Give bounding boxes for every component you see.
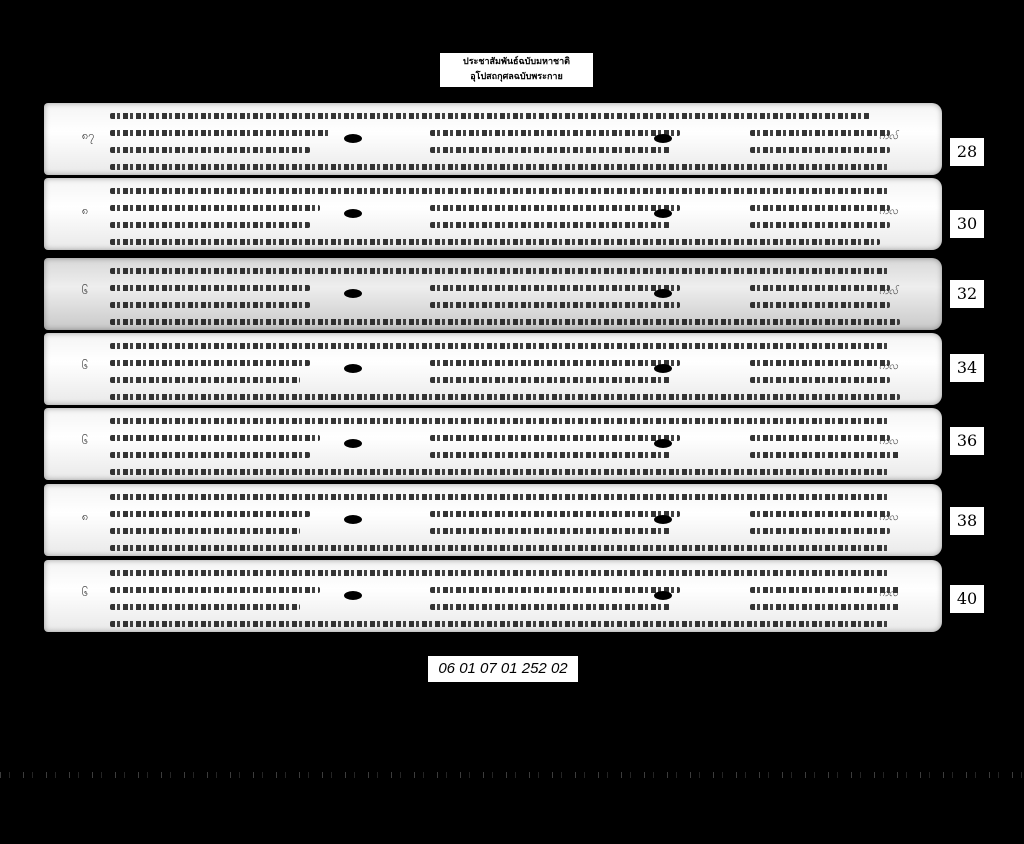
title-line-2: อุโปสถกุศลฉบับพระกาย xyxy=(440,70,593,85)
palm-leaf-1: ၈၇ ကလ် xyxy=(44,103,942,175)
leaf-number-left: ၈ xyxy=(82,510,88,526)
manuscript-title-label: ประชาสัมพันธ์ฉบับมหาชาติ อุโปสถกุศลฉบับพ… xyxy=(440,53,593,87)
string-hole xyxy=(344,591,362,600)
leaf-number-left: ၆ xyxy=(82,586,88,602)
palm-leaf-7: ၆ ကလ xyxy=(44,560,942,632)
page-number-label: 36 xyxy=(950,427,984,455)
string-hole xyxy=(654,439,672,448)
scan-noise-strip xyxy=(0,772,1024,778)
string-hole xyxy=(654,289,672,298)
palm-leaf-6: ၈ ကလ xyxy=(44,484,942,556)
string-hole xyxy=(654,515,672,524)
page-number-label: 32 xyxy=(950,280,984,308)
page-number-label: 28 xyxy=(950,138,984,166)
leaf-number-left: ၈ xyxy=(82,204,88,220)
leaf-text-lines xyxy=(110,489,852,556)
palm-leaf-4: ၆ ကလ xyxy=(44,333,942,405)
reference-code-label: 06 01 07 01 252 02 xyxy=(428,656,578,682)
string-hole xyxy=(344,515,362,524)
string-hole xyxy=(654,364,672,373)
leaf-text-lines xyxy=(110,413,852,480)
string-hole xyxy=(654,134,672,143)
leaf-number-left: ၆ xyxy=(82,359,88,375)
leaf-number-right: ကလ xyxy=(879,204,898,219)
palm-leaf-3: ၆ ကလ် xyxy=(44,258,942,330)
string-hole xyxy=(344,364,362,373)
leaf-text-lines xyxy=(110,183,852,250)
leaf-number-right: ကလ xyxy=(879,434,898,449)
string-hole xyxy=(344,209,362,218)
leaf-number-right: ကလ xyxy=(879,586,898,601)
palm-leaf-2: ၈ ကလ xyxy=(44,178,942,250)
leaf-text-lines xyxy=(110,108,852,175)
string-hole xyxy=(654,591,672,600)
leaf-number-left: ၆ xyxy=(82,284,88,300)
leaf-text-lines xyxy=(110,565,852,632)
string-hole xyxy=(344,439,362,448)
leaf-number-left: ၆ xyxy=(82,434,88,450)
leaf-number-right: ကလ xyxy=(879,359,898,374)
page-number-label: 40 xyxy=(950,585,984,613)
page-number-label: 34 xyxy=(950,354,984,382)
leaf-number-right: ကလ် xyxy=(879,129,898,144)
leaf-number-left: ၈၇ xyxy=(82,129,94,145)
leaf-text-lines xyxy=(110,263,852,330)
leaf-text-lines xyxy=(110,338,852,405)
palm-leaf-5: ၆ ကလ xyxy=(44,408,942,480)
title-line-1: ประชาสัมพันธ์ฉบับมหาชาติ xyxy=(440,55,593,70)
page-number-label: 30 xyxy=(950,210,984,238)
string-hole xyxy=(344,289,362,298)
leaf-number-right: ကလ xyxy=(879,510,898,525)
leaf-number-right: ကလ် xyxy=(879,284,898,299)
string-hole xyxy=(654,209,672,218)
page-number-label: 38 xyxy=(950,507,984,535)
string-hole xyxy=(344,134,362,143)
